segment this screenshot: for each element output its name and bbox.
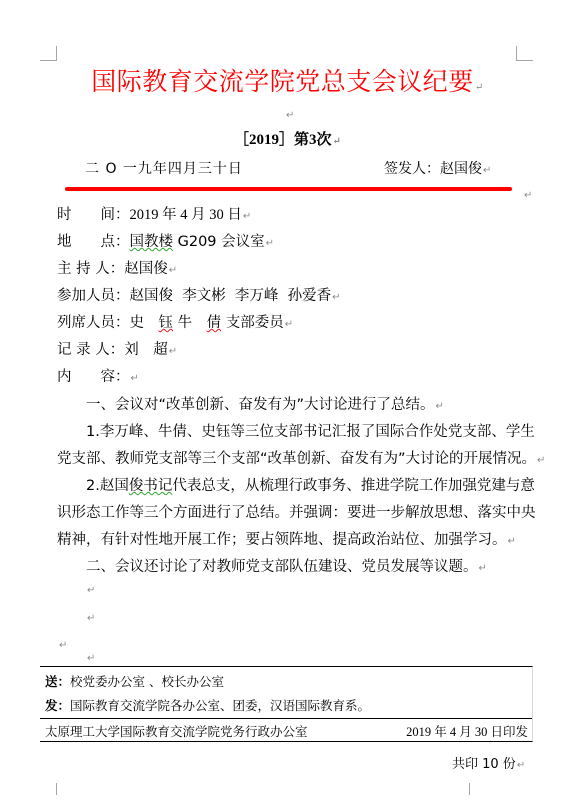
field-label: 时 间： <box>57 207 130 223</box>
print-date: 2019 年 4 月 30 日印发 <box>406 722 528 740</box>
field-time: 时 间：2019 年 4 月 30 日↵ <box>57 202 251 230</box>
paragraph-mark-icon: ↵ <box>508 536 516 547</box>
paragraph-mark-icon: ↵ <box>286 110 294 121</box>
field-value-spellcheck: 倩 <box>207 315 222 331</box>
paragraph-mark-icon: ↵ <box>87 613 95 624</box>
signer-name: 赵国俊 <box>440 161 482 177</box>
paragraph-mark-icon: ↵ <box>87 585 95 596</box>
content-paragraph-1: 一、会议对“改革创新、奋发有为”大讨论进行了总结。↵ <box>57 392 517 420</box>
page-corner-mark-bottom-right <box>469 783 470 795</box>
issue-number: ［2019］第3次↵ <box>0 128 575 149</box>
issue-to-row: 发：国际教育交流学院各办公室、团委，汉语国际教育系。 <box>45 696 370 714</box>
field-value-spellcheck: 国教楼 <box>130 234 174 250</box>
issuing-office: 太原理工大学国际教育交流学院党务行政办公室 <box>45 722 308 740</box>
field-label: 记 录 人： <box>57 342 124 358</box>
paragraph-mark-icon: ↵ <box>333 136 341 147</box>
field-attendees: 参加人员：赵国俊 李文彬 李万峰 孙爱香↵ <box>57 283 341 311</box>
paragraph-mark-icon: ↵ <box>266 238 274 249</box>
field-value-spellcheck: 钰 <box>159 315 174 331</box>
field-value: 赵国俊 李文彬 李万峰 孙爱香 <box>130 288 332 304</box>
field-value: 刘 超 <box>124 342 168 358</box>
paragraph-mark-icon: ↵ <box>169 265 177 276</box>
field-value: 2019 年 4 月 30 日 <box>130 207 242 223</box>
paragraph-text-spellcheck: 俊书记 <box>129 478 173 494</box>
field-value: G209 会议室 <box>173 234 265 250</box>
field-host: 主 持 人：赵国俊↵ <box>57 256 177 284</box>
content-paragraph-3: 2.赵国俊书记代表总支，从梳理行政事务、推进学院工作加强党建与意 识形态工作等三… <box>57 473 517 555</box>
paragraph-text: 一、会议对“改革创新、奋发有为”大讨论进行了总结。 <box>86 397 435 413</box>
paragraph-mark-icon: ↵ <box>332 292 340 303</box>
field-label: 内 容： <box>57 369 130 385</box>
page-corner-mark-top-left <box>40 46 57 61</box>
field-value: 赵国俊 <box>124 261 168 277</box>
field-label: 参加人员： <box>57 288 130 304</box>
issue-value: 国际教育交流学院各办公室、团委，汉语国际教育系。 <box>70 698 370 713</box>
paragraph-text: 二、会议还讨论了对教师党支部队伍建设、党员发展等议题。 <box>86 559 478 575</box>
content-paragraph-4: 二、会议还讨论了对教师党支部队伍建设、党员发展等议题。↵ <box>57 554 517 582</box>
distribution-table: 送：校党委办公室 、校长办公室 发：国际教育交流学院各办公室、团委，汉语国际教育… <box>40 666 533 742</box>
red-header-rule <box>65 187 512 191</box>
paragraph-mark-icon: ↵ <box>169 346 177 357</box>
issue-label: 发： <box>45 698 70 713</box>
document-title-text: 国际教育交流学院党总支会议纪要 <box>91 67 474 96</box>
paragraph-mark-icon: ↵ <box>475 82 484 93</box>
paragraph-text: 代表总支，从梳理行政事务、推进学院工作加强党建与意 <box>172 478 535 494</box>
signer: 签发人：赵国俊↵ <box>384 158 491 178</box>
field-label: 列席人员： <box>57 315 130 331</box>
field-label: 主 持 人： <box>57 261 124 277</box>
field-value: 牛 <box>173 315 207 331</box>
paragraph-mark-icon: ↵ <box>87 653 95 664</box>
paragraph-mark-icon: ↵ <box>479 563 487 574</box>
page-corner-mark-top-right <box>516 46 533 61</box>
document-date: 二 O 一九年四月三十日 <box>85 158 243 178</box>
paragraph-mark-icon: ↵ <box>59 640 67 651</box>
document-title: 国际教育交流学院党总支会议纪要↵ <box>0 66 575 104</box>
paragraph-mark-icon: ↵ <box>285 319 293 330</box>
content-paragraph-2: 1.李万峰、牛倩、史钰等三位支部书记汇报了国际合作处党支部、学生 党支部、教师党… <box>57 419 517 474</box>
paragraph-text: 识形态工作等三个方面进行了总结。并强调：要进一步解放思想、落实中央 <box>57 505 536 521</box>
paragraph-mark-icon: ↵ <box>436 401 444 412</box>
signer-label: 签发人： <box>384 161 440 177</box>
table-divider <box>40 718 532 719</box>
copies-text: 共印 10 份 <box>452 757 516 772</box>
copies-count: 共印 10 份↵ <box>452 753 525 772</box>
field-content: 内 容：↵ <box>57 364 139 392</box>
send-to-row: 送：校党委办公室 、校长办公室 <box>45 672 224 690</box>
paragraph-text: 2.赵国 <box>86 478 129 494</box>
send-label: 送： <box>45 674 70 689</box>
paragraph-mark-icon: ↵ <box>524 190 532 201</box>
paragraph-mark-icon: ↵ <box>243 211 251 222</box>
paragraph-mark-icon: ↵ <box>537 455 545 466</box>
page-corner-mark-bottom-left <box>56 783 57 795</box>
field-label: 地 点： <box>57 234 130 250</box>
field-observers: 列席人员：史 钰 牛 倩 支部委员↵ <box>57 310 293 338</box>
issue-number-text: ［2019］第3次 <box>234 132 332 148</box>
send-value: 校党委办公室 、校长办公室 <box>70 674 224 689</box>
paragraph-mark-icon: ↵ <box>517 760 525 771</box>
field-recorder: 记 录 人：刘 超↵ <box>57 337 177 365</box>
paragraph-text: 精神，有针对性地开展工作；要占领阵地、提高政治站位、加强学习。 <box>57 532 507 548</box>
paragraph-mark-icon: ↵ <box>131 373 139 384</box>
paragraph-mark-icon: ↵ <box>483 165 491 176</box>
paragraph-text: 党支部、教师党支部等三个支部“改革创新、奋发有为”大讨论的开展情况。 <box>57 451 536 467</box>
field-value: 支部委员 <box>221 315 284 331</box>
field-value: 史 <box>130 315 159 331</box>
field-location: 地 点：国教楼 G209 会议室↵ <box>57 229 274 257</box>
paragraph-text: 1.李万峰、牛倩、史钰等三位支部书记汇报了国际合作处党支部、学生 <box>86 424 535 440</box>
